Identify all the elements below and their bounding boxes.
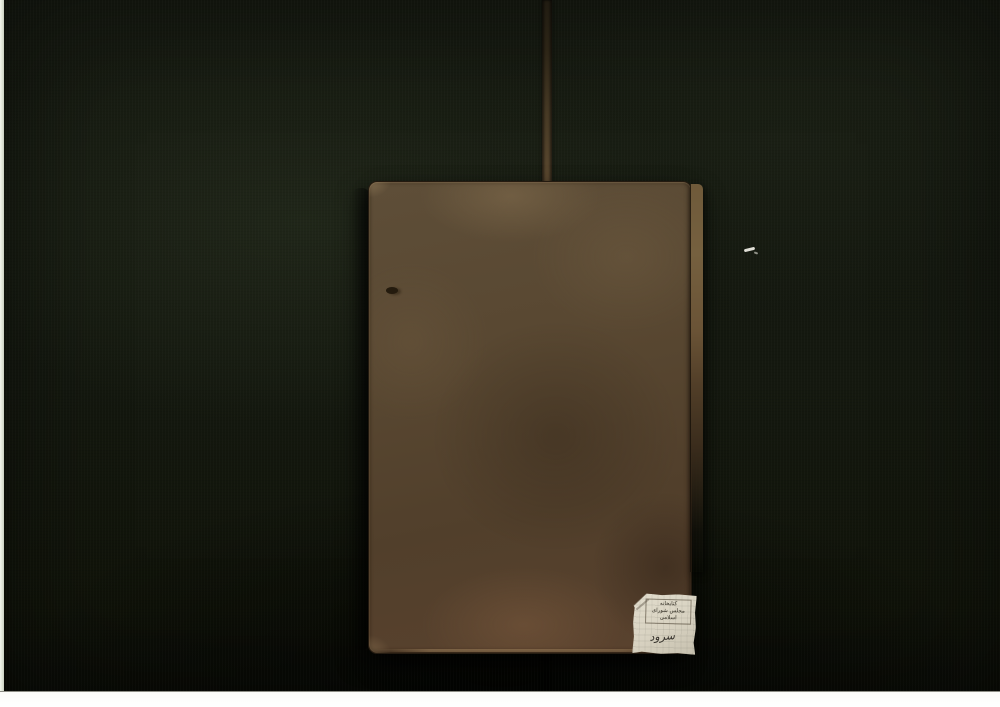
scan-paper-edge-left — [0, 0, 4, 691]
cloth-seam — [543, 652, 549, 690]
scan-paper-edge-bottom — [0, 691, 1000, 707]
library-label: کتابخانه مجلس شورای اسلامی سرود — [632, 593, 697, 655]
book-cover — [368, 181, 692, 654]
support-rod — [542, 0, 552, 183]
label-handwritten-text: سرود — [632, 628, 692, 645]
manuscript-photo: کتابخانه مجلس شورای اسلامی سرود — [0, 0, 1000, 707]
book-fore-edge — [690, 184, 703, 572]
cover-corner-scuff — [369, 182, 391, 198]
label-printed-text: کتابخانه مجلس شورای اسلامی — [645, 598, 692, 625]
ink-spot — [386, 287, 398, 294]
label-printed-line: اسلامی — [647, 615, 689, 623]
